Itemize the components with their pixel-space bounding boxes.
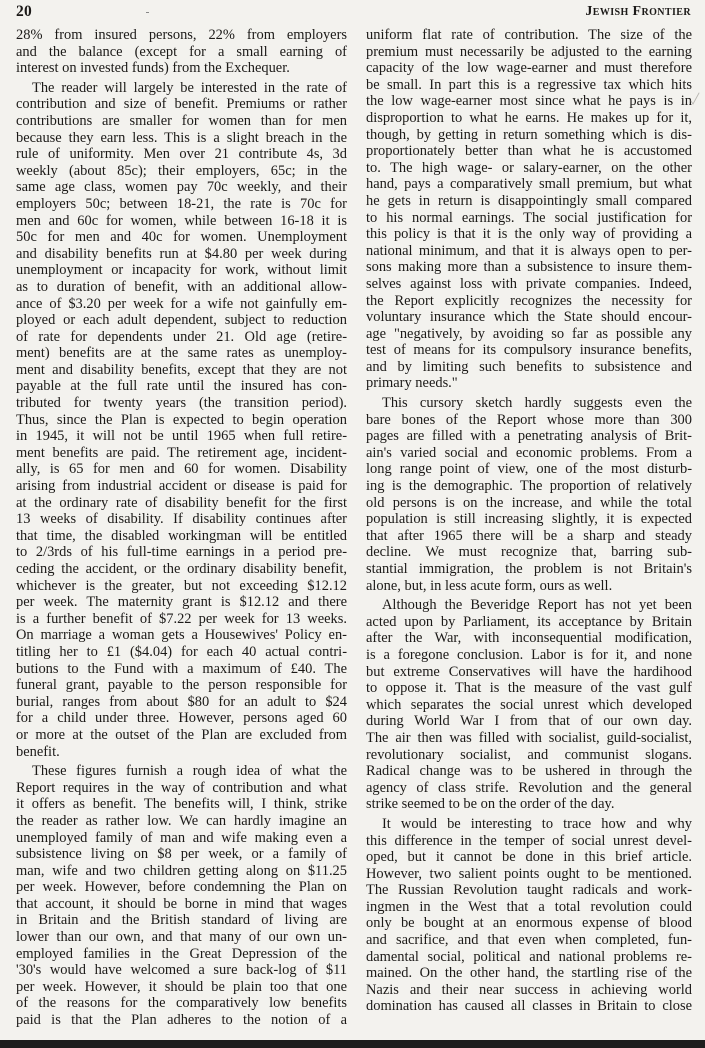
text-line: and disability benefits run at $4.80 per… bbox=[16, 246, 347, 263]
text-line: is a foregone conclusion. Labor is for i… bbox=[366, 647, 692, 664]
text-line: old persons is on the increase, and whil… bbox=[366, 495, 692, 512]
article-body: 28% from insured persons, 22% from emplo… bbox=[16, 27, 700, 1029]
text-line: ment benefits are paid. The retirement a… bbox=[16, 445, 347, 462]
text-line: unemployed family of man and wife making… bbox=[16, 830, 347, 847]
text-line: primary needs." bbox=[366, 375, 692, 392]
text-line: hand, pays a comparatively small premium… bbox=[366, 176, 692, 193]
text-line: the low wage-earner most since what he p… bbox=[366, 93, 692, 110]
text-line: These figures furnish a rough idea of wh… bbox=[16, 763, 347, 780]
text-line: per week. The maternity grant is $12.12 … bbox=[16, 594, 347, 611]
text-line: of the reasons for the comparatively low… bbox=[16, 995, 347, 1012]
text-line: ance of $3.20 per week for a wife not ga… bbox=[16, 296, 347, 313]
page-number: 20 bbox=[16, 3, 32, 21]
text-line: same age class, women pay 70c weekly, an… bbox=[16, 179, 347, 196]
text-line: per week. However, before condemning the… bbox=[16, 879, 347, 896]
text-line: contribution and size of benefit. Premiu… bbox=[16, 96, 347, 113]
text-line: of rate for dependents under 21. Old age… bbox=[16, 329, 347, 346]
text-line: Report requires in the way of contributi… bbox=[16, 780, 347, 797]
text-line: contributions are smaller for women than… bbox=[16, 113, 347, 130]
text-line: employers 50c; between 18-21, the rate i… bbox=[16, 196, 347, 213]
text-line: employed families in the Great Depressio… bbox=[16, 946, 347, 963]
text-line: payable at the full rate until the insur… bbox=[16, 378, 347, 395]
text-line: It would be interesting to trace how and… bbox=[366, 816, 692, 833]
text-line: premium must necessarily be adjusted to … bbox=[366, 44, 692, 61]
text-line: as to duration of benefit, with an addit… bbox=[16, 279, 347, 296]
paragraph: This cursory sketch hardly suggests even… bbox=[366, 395, 692, 594]
text-line: butions to the Fund with a maximum of £4… bbox=[16, 661, 347, 678]
text-line: The Russian Revolution taught radicals a… bbox=[366, 882, 692, 899]
left-column: 28% from insured persons, 22% from emplo… bbox=[16, 27, 347, 1029]
paragraph: 28% from insured persons, 22% from emplo… bbox=[16, 27, 347, 77]
text-line: to his normal earnings. The social justi… bbox=[366, 210, 692, 227]
pencil-check-mark-icon bbox=[690, 92, 700, 106]
paragraph: It would be interesting to trace how and… bbox=[366, 816, 692, 1015]
page-header: 20 Jewish Frontier bbox=[0, 0, 705, 24]
text-line: '30's would have welcomed a sure back-lo… bbox=[16, 962, 347, 979]
scan-speck bbox=[146, 12, 149, 13]
text-line: and sacrifice, and that even when comple… bbox=[366, 932, 692, 949]
text-line: test of means for its compulsory insuran… bbox=[366, 342, 692, 359]
text-line: the reader as rather low. We can hardly … bbox=[16, 813, 347, 830]
text-line: tributed for twenty years (the transitio… bbox=[16, 395, 347, 412]
text-line: to oppose it. That is the measure of the… bbox=[366, 680, 692, 697]
text-line: alone, but, in less acute form, ours as … bbox=[366, 578, 692, 595]
text-line: age "negatively, by avoiding so far as p… bbox=[366, 326, 692, 343]
text-line: arising from industrial accident or dise… bbox=[16, 478, 347, 495]
text-line: ment) benefits are at the same rates as … bbox=[16, 345, 347, 362]
text-line: capacity of the low wage-earner and must… bbox=[366, 60, 692, 77]
text-line: ceding the accident, or the ordinary dis… bbox=[16, 561, 347, 578]
paragraph: Although the Beveridge Report has not ye… bbox=[366, 597, 692, 813]
text-line: for a child under three. However, person… bbox=[16, 710, 347, 727]
text-line: oped, but it cannot be done in this brie… bbox=[366, 849, 692, 866]
text-line: The reader will largely be interested in… bbox=[16, 80, 347, 97]
text-line: interest on invested funds) from the Exc… bbox=[16, 60, 347, 77]
text-line: Nazis and their near success in achievin… bbox=[366, 982, 692, 999]
text-line: population is still increasing slightly,… bbox=[366, 511, 692, 528]
text-line: that after 1965 there will be a sharp an… bbox=[366, 528, 692, 545]
text-line: weekly (about 85c); their employers, 65c… bbox=[16, 163, 347, 180]
text-line: this difference in the temper of social … bbox=[366, 833, 692, 850]
text-line: the Report explicitly recognizes the nec… bbox=[366, 293, 692, 310]
text-line: ingmen in the West that a total revoluti… bbox=[366, 899, 692, 916]
text-line: funeral grant, payable to the person res… bbox=[16, 677, 347, 694]
text-line: voluntary insurance which the State shou… bbox=[366, 309, 692, 326]
text-line: unemployment or incapacity for work, wit… bbox=[16, 262, 347, 279]
text-line: and by limiting such benefits to subsist… bbox=[366, 359, 692, 376]
text-line: pages are filled with a penetrating anal… bbox=[366, 428, 692, 445]
text-line: titling her to £1 ($4.04) for each 40 ac… bbox=[16, 644, 347, 661]
paragraph: These figures furnish a rough idea of wh… bbox=[16, 763, 347, 1029]
text-line: paid is that the Plan adheres to the not… bbox=[16, 1012, 347, 1029]
text-line: stantial immigration, the problem is not… bbox=[366, 561, 692, 578]
text-line: 13 weeks of disability. If disability co… bbox=[16, 511, 347, 528]
text-line: 28% from insured persons, 22% from emplo… bbox=[16, 27, 347, 44]
text-line: damental social, political and national … bbox=[366, 949, 692, 966]
text-line: in 1945, it will not be until 1965 when … bbox=[16, 428, 347, 445]
text-line: The air then was filled with socialist, … bbox=[366, 730, 692, 747]
text-line: benefit. bbox=[16, 744, 347, 761]
text-line: ally, is 65 for men and 60 for women. Di… bbox=[16, 461, 347, 478]
text-line: is a further benefit of $7.22 per week f… bbox=[16, 611, 347, 628]
text-line: man, wife and two children getting along… bbox=[16, 863, 347, 880]
text-line: ployed or each adult dependent, subject … bbox=[16, 312, 347, 329]
text-line: to. The high wage- or salary-earner, on … bbox=[366, 160, 692, 177]
text-line: selves against loss with private compani… bbox=[366, 276, 692, 293]
text-line: during World War I from that of our own … bbox=[366, 713, 692, 730]
text-line: or more at the outset of the Plan are ex… bbox=[16, 727, 347, 744]
text-line: men and 60c for women, while between 16-… bbox=[16, 213, 347, 230]
text-line: revolutionary socialist, and communist s… bbox=[366, 747, 692, 764]
text-line: to 2/3rds of his full-time earnings in a… bbox=[16, 544, 347, 561]
text-line: bare bones of the Report whose more than… bbox=[366, 412, 692, 429]
text-line: be small. In part this is a regressive t… bbox=[366, 77, 692, 94]
text-line: at the ordinary rate of disability benef… bbox=[16, 495, 347, 512]
text-line: This cursory sketch hardly suggests even… bbox=[366, 395, 692, 412]
text-line: which separates the social unrest which … bbox=[366, 697, 692, 714]
text-line: 50c for men and 40c for women. Unemploym… bbox=[16, 229, 347, 246]
text-line: lower than our own, and that many of our… bbox=[16, 929, 347, 946]
text-line: that account, it should be borne in mind… bbox=[16, 896, 347, 913]
text-line: Although the Beveridge Report has not ye… bbox=[366, 597, 692, 614]
text-line: sons making more than a subsistence to i… bbox=[366, 259, 692, 276]
paragraph: The reader will largely be interested in… bbox=[16, 80, 347, 760]
text-line: agency of class strife. Revolution and t… bbox=[366, 780, 692, 797]
text-line: long range point of view, one of the mos… bbox=[366, 461, 692, 478]
right-column: uniform flat rate of contribution. The s… bbox=[366, 27, 692, 1029]
text-line: that time, the disabled workingman will … bbox=[16, 528, 347, 545]
text-line: rule of uniformity. Men over 21 contribu… bbox=[16, 146, 347, 163]
text-line: ain's varied social and economic problem… bbox=[366, 445, 692, 462]
text-line: However, two salient points ought to be … bbox=[366, 866, 692, 883]
text-line: only be bought at an enormous expense of… bbox=[366, 915, 692, 932]
scan-bottom-edge bbox=[0, 1040, 705, 1048]
text-line: disproportion to what he earns. He makes… bbox=[366, 110, 692, 127]
text-line: domination has caused all classes in Bri… bbox=[366, 998, 692, 1015]
text-line: though, by getting in return something w… bbox=[366, 127, 692, 144]
text-line: decline. We must recognize that, barring… bbox=[366, 544, 692, 561]
text-line: he gets in return is disappointingly sma… bbox=[366, 193, 692, 210]
text-line: Thus, since the Plan is expected to begi… bbox=[16, 412, 347, 429]
text-line: ing is the demographic. The proportion o… bbox=[366, 478, 692, 495]
text-line: it offers as benefit. The benefits will,… bbox=[16, 796, 347, 813]
text-line: burial, ranges from about $80 for an adu… bbox=[16, 694, 347, 711]
text-line: ment and disability benefits, except tha… bbox=[16, 362, 347, 379]
text-line: national minimum, and that it is always … bbox=[366, 243, 692, 260]
text-line: this policy is that it is the only way o… bbox=[366, 226, 692, 243]
text-line: strike seemed to be on the order of the … bbox=[366, 796, 692, 813]
text-line: and the balance (except for a small earn… bbox=[16, 44, 347, 61]
text-line: but extreme Conservatives will have the … bbox=[366, 664, 692, 681]
text-line: whichever is the greater, but not exceed… bbox=[16, 578, 347, 595]
paragraph: uniform flat rate of contribution. The s… bbox=[366, 27, 692, 392]
text-line: Radical change was to be ushered in thro… bbox=[366, 763, 692, 780]
text-line: because they earn less. This is a slight… bbox=[16, 130, 347, 147]
text-line: after the War, with inconsequential modi… bbox=[366, 630, 692, 647]
text-line: acted upon by Parliament, its acceptance… bbox=[366, 614, 692, 631]
text-line: On marriage a woman gets a Housewives' P… bbox=[16, 627, 347, 644]
text-line: mained. On the other hand, the startling… bbox=[366, 965, 692, 982]
running-head: Jewish Frontier bbox=[585, 4, 691, 20]
text-line: in Britain and the British standard of l… bbox=[16, 912, 347, 929]
text-line: per week. However, it should be plain to… bbox=[16, 979, 347, 996]
text-line: uniform flat rate of contribution. The s… bbox=[366, 27, 692, 44]
text-line: subsistence living on $8 per week, or a … bbox=[16, 846, 347, 863]
text-line: proportionately better than what he is a… bbox=[366, 143, 692, 160]
